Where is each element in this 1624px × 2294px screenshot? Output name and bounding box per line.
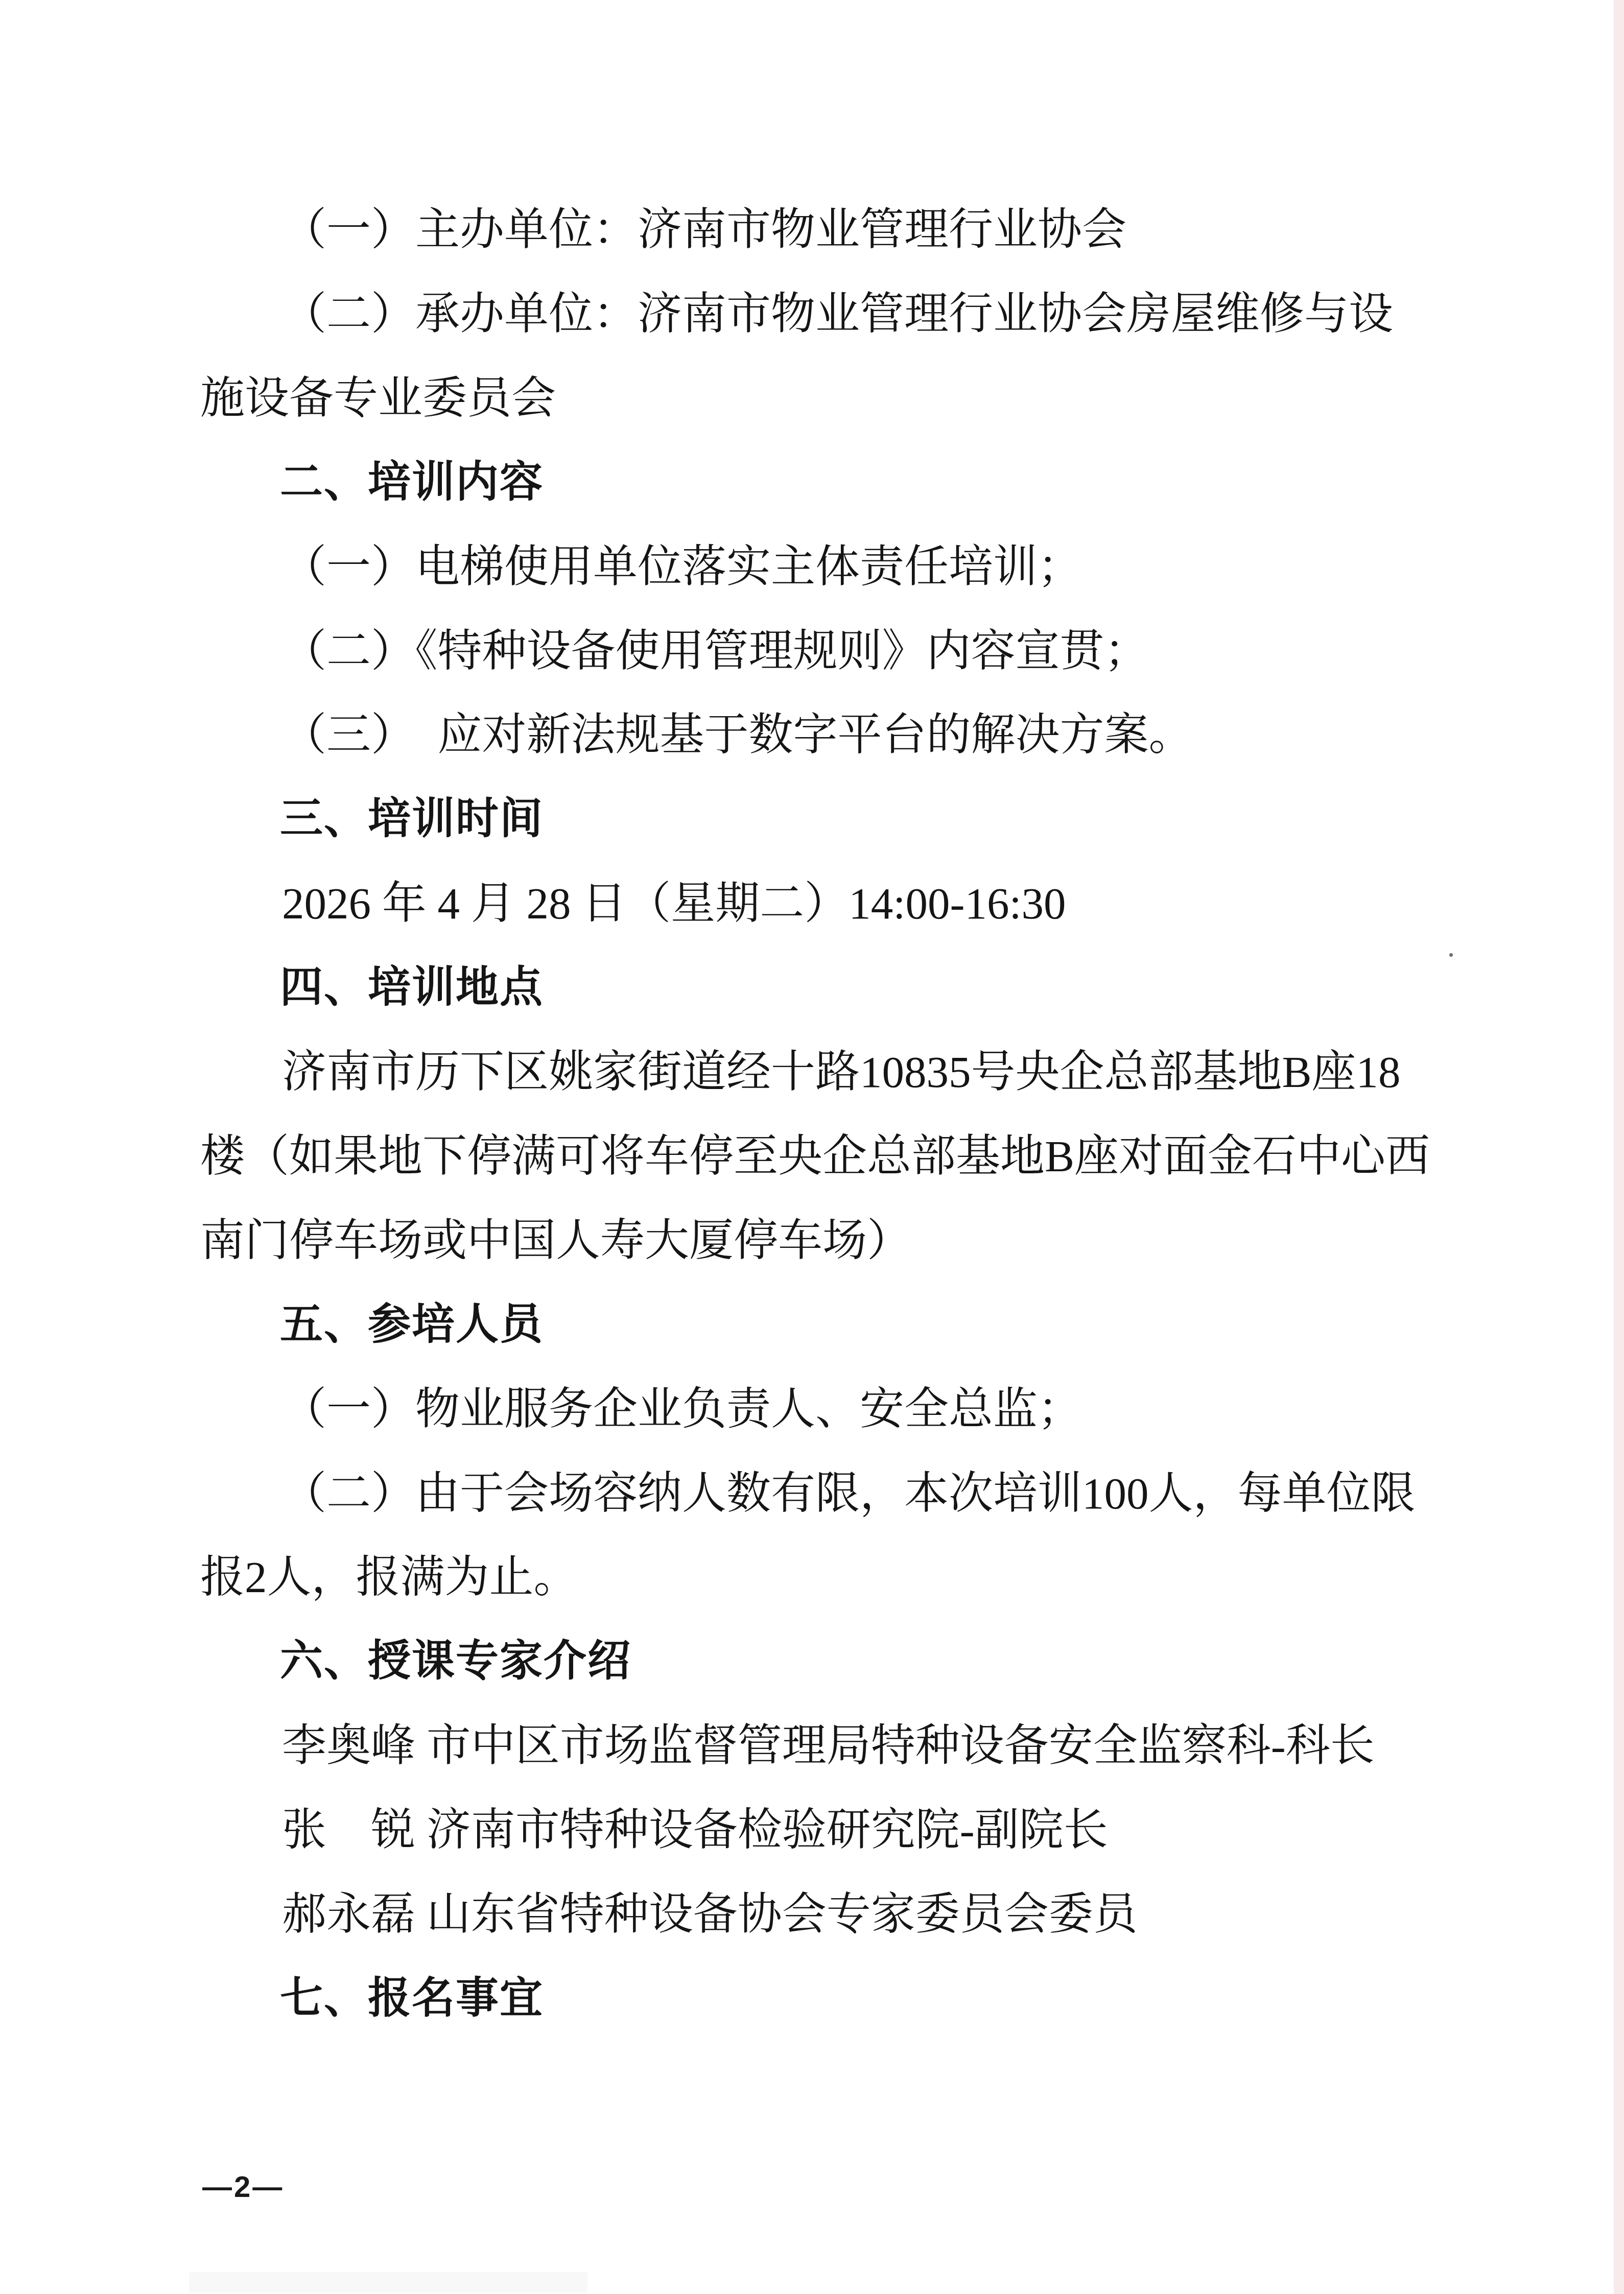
document-line: （一）物业服务企业负责人、安全总监； — [282, 1385, 1082, 1434]
document-line: （三） 应对新法规基于数字平台的解决方案。 — [282, 711, 1193, 760]
document-line: （二）承办单位：济南市物业管理行业协会房屋维修与设 — [282, 290, 1393, 339]
section-heading: 三、培训时间 — [280, 795, 544, 842]
document-line: （一）主办单位：济南市物业管理行业协会 — [282, 205, 1126, 254]
section-heading: 七、报名事宜 — [280, 1974, 544, 2021]
page-number: —2— — [202, 2170, 284, 2204]
document-line: 南门停车场或中国人寿大厦停车场） — [200, 1216, 911, 1265]
section-heading: 六、授课专家介绍 — [280, 1637, 631, 1684]
document-line: 郝永磊 山东省特种设备协会专家委员会委员 — [282, 1890, 1138, 1939]
document-line: 张 锐 济南市特种设备检验研究院-副院长 — [282, 1806, 1108, 1855]
scan-edge-artifact — [1614, 0, 1624, 2294]
document-page: （一）主办单位：济南市物业管理行业协会（二）承办单位：济南市物业管理行业协会房屋… — [0, 0, 1624, 2294]
document-line: 报2人，报满为止。 — [200, 1553, 578, 1602]
section-heading: 四、培训地点 — [280, 963, 544, 1010]
document-line: （一）电梯使用单位落实主体责任培训； — [282, 542, 1082, 592]
document-line: 2026 年 4 月 28 日（星期二）14:00-16:30 — [282, 879, 1066, 928]
document-line: 施设备专业委员会 — [200, 374, 556, 423]
document-line: （二）由于会场容纳人数有限，本次培训100人，每单位限 — [282, 1469, 1416, 1518]
document-body: （一）主办单位：济南市物业管理行业协会（二）承办单位：济南市物业管理行业协会房屋… — [0, 0, 1624, 2294]
document-line: 济南市历下区姚家街道经十路10835号央企总部基地B座18 — [282, 1048, 1401, 1097]
section-heading: 五、参培人员 — [280, 1300, 544, 1347]
document-line: 李奥峰 市中区市场监督管理局特种设备安全监察科-科长 — [282, 1721, 1375, 1770]
document-line: （二）《特种设备使用管理规则》内容宣贯； — [282, 627, 1149, 676]
scan-bottom-artifact — [189, 2272, 587, 2292]
section-heading: 二、培训内容 — [280, 458, 544, 505]
scan-speck-artifact — [1449, 953, 1453, 957]
document-line: 楼（如果地下停满可将车停至央企总部基地B座对面金石中心西 — [200, 1132, 1430, 1181]
